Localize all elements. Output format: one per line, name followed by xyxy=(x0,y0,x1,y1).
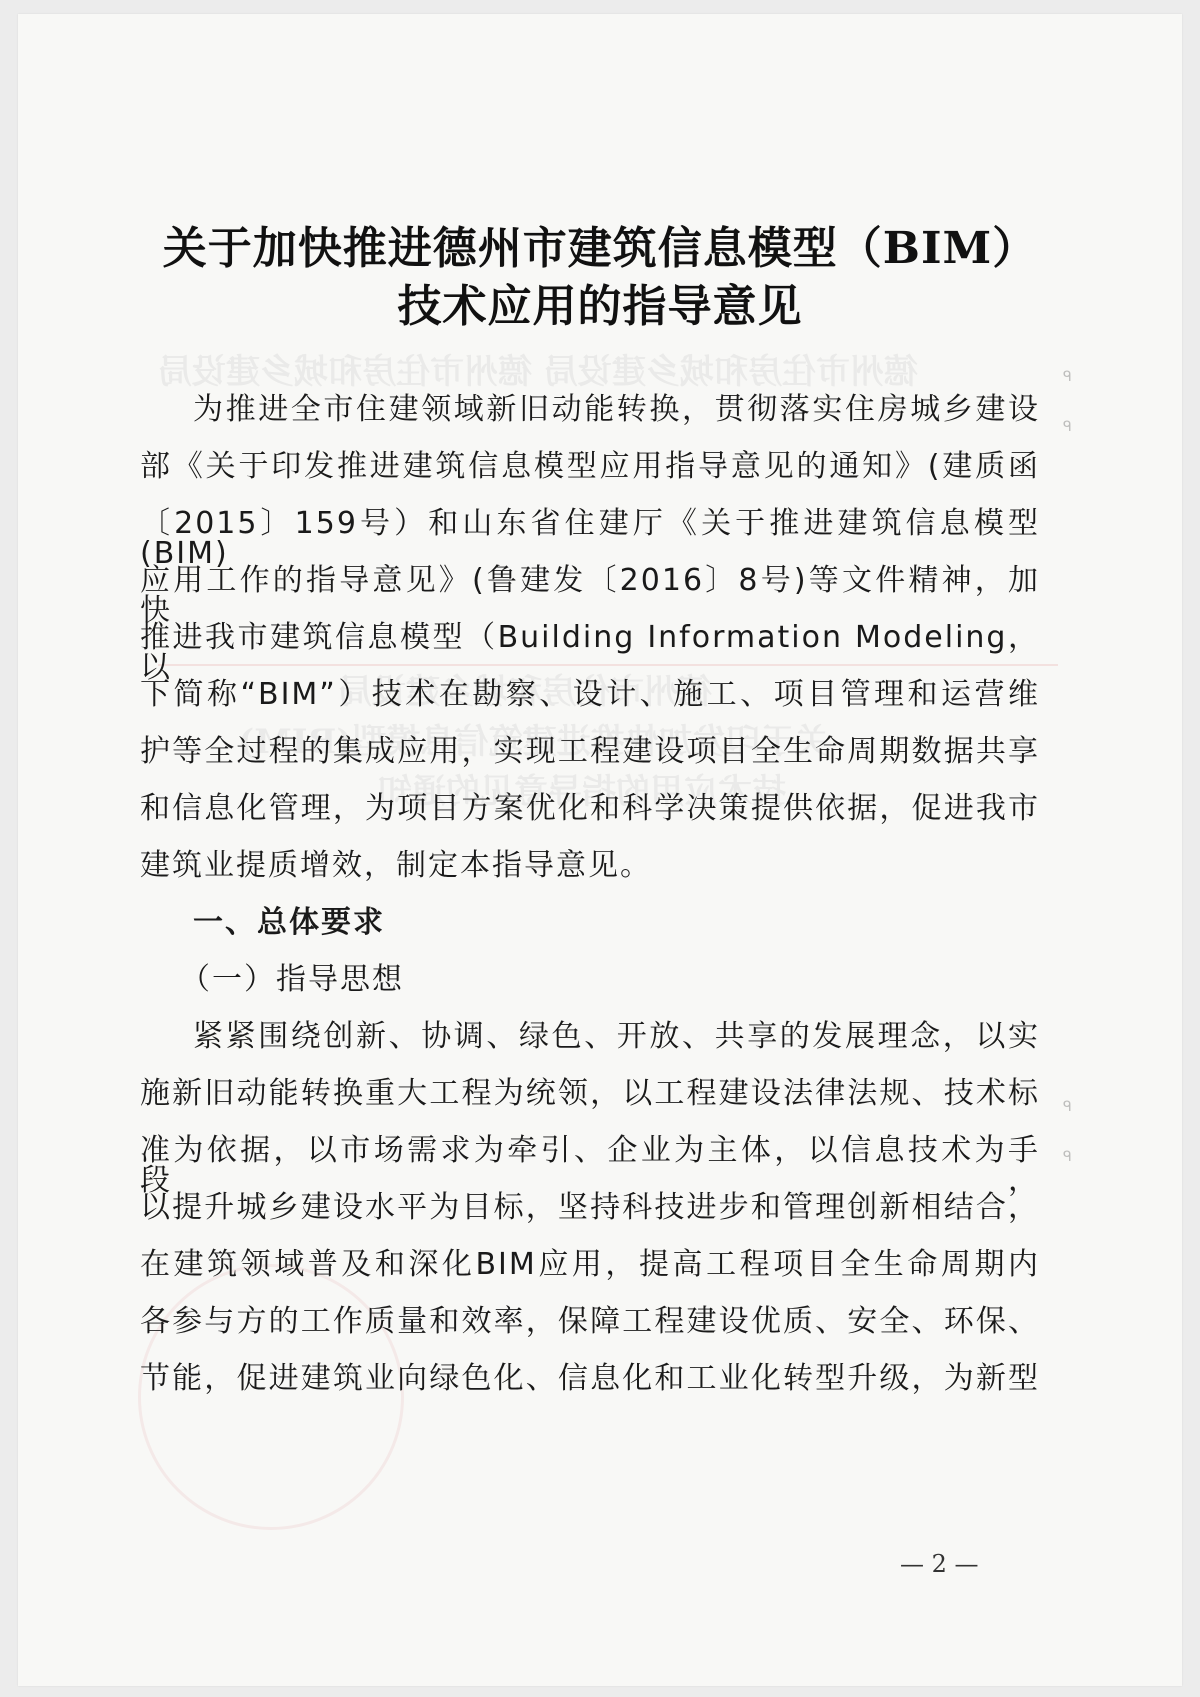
bleed-through-text: 德州市住房和城乡建设局 德州市住房和城乡建设局 xyxy=(158,344,918,393)
paragraph-line: 准为依据，以市场需求为牵引、企业为主体，以信息技术为手段， xyxy=(140,1136,1040,1196)
paragraph-line: 各参与方的工作质量和效率，保障工程建设优质、安全、环保、 xyxy=(140,1307,1040,1337)
section-heading: 一、总体要求 xyxy=(193,908,1040,938)
document-title-line-2: 技术应用的指导意见 xyxy=(0,270,1200,334)
margin-mark: ᑫ xyxy=(1063,369,1072,385)
paragraph-line: 护等全过程的集成应用，实现工程建设项目全生命周期数据共享 xyxy=(140,737,1040,767)
paragraph-line: 节能，促进建筑业向绿色化、信息化和工业化转型升级，为新型 xyxy=(140,1364,1040,1394)
paragraph-line: 部《关于印发推进建筑信息模型应用指导意见的通知》(建质函 xyxy=(140,452,1040,482)
paragraph-line: 下简称“BIM”）技术在勘察、设计、施工、项目管理和运营维 xyxy=(140,680,1040,710)
paragraph-line: 应用工作的指导意见》(鲁建发〔2016〕8号)等文件精神，加快 xyxy=(140,566,1040,626)
paragraph-line: 施新旧动能转换重大工程为统领，以工程建设法律法规、技术标 xyxy=(140,1079,1040,1109)
subsection-heading: （一）指导思想 xyxy=(180,965,1027,995)
document-title-line-1: 关于加快推进德州市建筑信息模型（BIM） xyxy=(0,212,1200,276)
margin-mark: ᑫ xyxy=(1063,1149,1072,1165)
page-number: — 2 — xyxy=(900,1550,979,1578)
paragraph-line: 在建筑领域普及和深化BIM应用，提高工程项目全生命周期内 xyxy=(140,1250,1040,1280)
paragraph-line: 推进我市建筑信息模型（Building Information Modeling… xyxy=(140,623,1040,683)
paragraph-line: 以提升城乡建设水平为目标，坚持科技进步和管理创新相结合， xyxy=(140,1193,1040,1223)
margin-mark: ᑫ xyxy=(1063,419,1072,435)
margin-mark: ᑫ xyxy=(1063,1099,1072,1115)
paragraph-line: 〔2015〕159号）和山东省住建厅《关于推进建筑信息模型(BIM) xyxy=(140,509,1040,569)
paragraph-line: 建筑业提质增效，制定本指导意见。 xyxy=(140,851,1040,881)
paragraph-line: 紧紧围绕创新、协调、绿色、开放、共享的发展理念，以实 xyxy=(193,1022,1040,1052)
paragraph-line: 为推进全市住建领域新旧动能转换，贯彻落实住房城乡建设 xyxy=(193,395,1040,425)
paragraph-line: 和信息化管理，为项目方案优化和科学决策提供依据，促进我市 xyxy=(140,794,1040,824)
